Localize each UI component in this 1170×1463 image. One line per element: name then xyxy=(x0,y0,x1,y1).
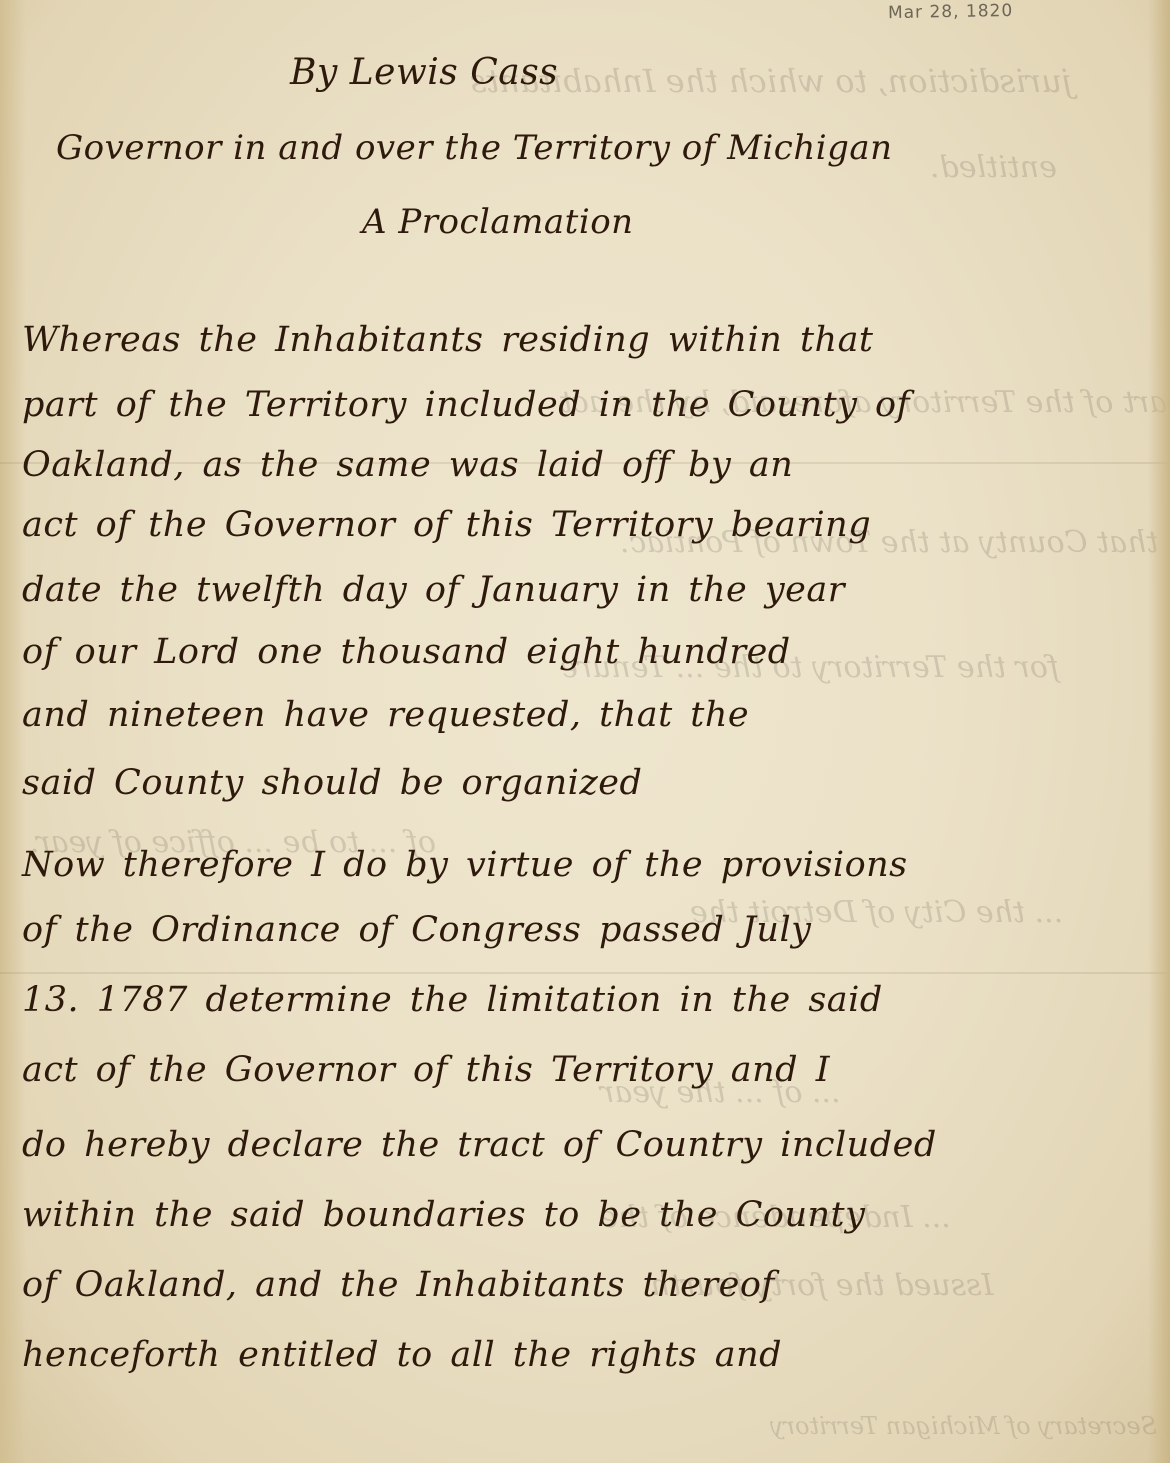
body-line: Oakland, as the same was laid off by an xyxy=(22,445,793,485)
body-line: Now therefore I do by virtue of the prov… xyxy=(22,845,908,885)
body-line: act of the Governor of this Territory an… xyxy=(22,1050,830,1090)
body-line: said County should be organized xyxy=(22,763,642,803)
body-line: and nineteen have requested, that the xyxy=(22,695,749,735)
heading-author-line: By Lewis Cass xyxy=(290,52,558,93)
body-line: do hereby declare the tract of Country i… xyxy=(22,1125,937,1165)
body-line: date the twelfth day of January in the y… xyxy=(22,570,845,610)
heading-proclamation: A Proclamation xyxy=(362,202,634,242)
bleed-through-text: entitled. xyxy=(930,150,1057,185)
body-line: of Oakland, and the Inhabitants thereof xyxy=(22,1265,775,1305)
heading-title-line: Governor in and over the Territory of Mi… xyxy=(56,128,893,168)
body-line: within the said boundaries to be the Cou… xyxy=(22,1195,865,1235)
paper-fold-line xyxy=(0,972,1170,974)
body-line: of our Lord one thousand eight hundred xyxy=(22,632,791,672)
body-line: of the Ordinance of Congress passed July xyxy=(22,910,811,950)
body-line: 13. 1787 determine the limitation in the… xyxy=(22,980,883,1020)
body-line: act of the Governor of this Territory be… xyxy=(22,505,871,545)
bleed-through-text: jurisdiction, to which the Inhabitants xyxy=(470,62,1072,100)
bleed-through-text: ... Secretary of Michigan Territory xyxy=(770,1412,1170,1440)
body-line: Whereas the Inhabitants residing within … xyxy=(22,320,874,360)
manuscript-page: Mar 28, 1820 jurisdiction, to which the … xyxy=(0,0,1170,1463)
body-line: henceforth entitled to all the rights an… xyxy=(22,1335,782,1375)
body-line: part of the Territory included in the Co… xyxy=(22,385,910,425)
archival-date-note: Mar 28, 1820 xyxy=(888,1,1014,23)
